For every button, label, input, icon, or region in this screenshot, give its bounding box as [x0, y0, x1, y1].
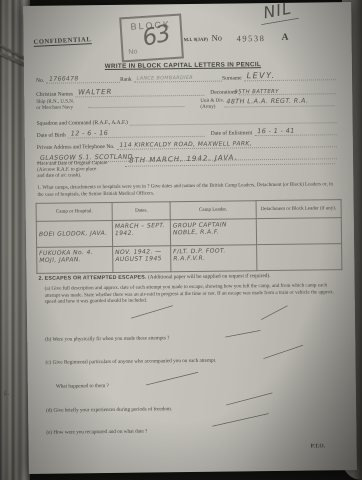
confidential-stamp: CONFIDENTIAL: [33, 36, 91, 47]
leader-2: F/LT. D.P. FOOT. R.A.F.V.R.: [173, 247, 226, 262]
date-of-birth-line: 12 - 6 - 16: [68, 127, 205, 139]
service-no-field: No. 1766478: [36, 73, 120, 84]
serial-suffix: A: [282, 33, 289, 43]
form-instruction: WRITE IN BLOCK CAPITAL LETTERS IN PENCIL: [24, 60, 342, 71]
question-2-title: ESCAPES OR ATTEMPTED ESCAPES.: [45, 275, 147, 282]
address-value-1: 114 KIRKCALDY ROAD, MAXWELL PARK,: [119, 140, 252, 149]
header-camp-or-hospital: Camp or Hospital.: [36, 202, 112, 221]
service-no-line: 1766478: [46, 73, 120, 84]
question-2c2-text: What happened to them ?: [56, 383, 109, 390]
surname-label: Surname: [222, 75, 244, 81]
christian-names-label: Christian Names: [36, 91, 75, 97]
nil-dash: [131, 305, 173, 319]
camp-table-row: FUKUOKA No. 4. MOJI, JAPAN. NOV. 1942. —…: [37, 244, 342, 274]
service-no-value: 1766478: [49, 75, 79, 82]
pto-label: P.T.O.: [311, 443, 326, 449]
camp-history-table: Camp or Hospital. Dates. Camp Leader. De…: [36, 199, 343, 274]
ship-line: [88, 106, 184, 108]
header-camp-leader: Camp Leader.: [170, 201, 256, 220]
christian-names-field: Christian Names WALTER: [36, 86, 204, 98]
question-2-heading: 2. ESCAPES OR ATTEMPTED ESCAPES. (Additi…: [38, 273, 270, 282]
header-detachment-leader: Detachment or Block Leader (if any).: [256, 200, 342, 219]
rank-line: LANCE BOMBARDIER: [134, 72, 222, 83]
question-2e-text: (e) How were you recaptured and on what …: [46, 429, 147, 436]
block-number-stamp: BLOCK No 63: [119, 14, 184, 63]
surname-value: LEVY.: [247, 71, 276, 80]
nil-dash: [212, 413, 269, 427]
dates-1: MARCH – SEPT. 1942.: [115, 222, 166, 237]
rank-label: Rank: [120, 77, 134, 83]
question-2d-text: (d) Give briefly your experiences during…: [46, 406, 172, 414]
question-2-number: 2.: [38, 276, 43, 282]
nil-dash: [261, 305, 288, 320]
header-dates: Dates.: [112, 202, 170, 221]
date-of-birth-field: Date of Birth 12 - 6 - 16: [37, 127, 205, 139]
edge-scribble: L.: [4, 390, 10, 397]
squadron-line: [130, 113, 337, 126]
form-reference: M.I. 9(JAP): [184, 38, 208, 43]
block-number-value: 63: [140, 20, 172, 51]
serial-number: 49538: [237, 33, 266, 43]
camp-1: BOEI GLODOK, JAVA.: [39, 230, 108, 239]
unit-line: [224, 105, 334, 107]
service-no-label: No.: [36, 78, 46, 84]
dates-2: NOV. 1942. — AUGUST 1945: [115, 248, 162, 263]
christian-names-value: WALTER: [78, 88, 112, 96]
nil-dash: [263, 345, 303, 359]
unit-value-battery: 95TH BATTERY: [234, 89, 279, 96]
leader-1: GROUP CAPTAIN NOBLE, R.A.F.: [173, 221, 227, 237]
date-of-enlistment-label: Date of Enlistment: [211, 130, 255, 137]
date-of-enlistment-line: 16 - 1 - 41: [254, 125, 337, 136]
address-label: Private Address and Telephone No.: [37, 144, 117, 151]
question-1-text: 1. What camps, detachments or hospitals …: [37, 181, 339, 198]
block-stamp-no-label: No: [128, 48, 137, 56]
capture-label: Place and Date of Original Capture (Airc…: [37, 161, 127, 180]
address-line-1: 114 KIRKCALDY ROAD, MAXWELL PARK,: [116, 137, 337, 150]
nil-dash: [226, 392, 273, 405]
question-2b-text: (b) Were you physically fit when you mad…: [45, 335, 169, 343]
nil-dash: [146, 372, 199, 386]
date-of-enlistment-value: 16 - 1 - 41: [257, 127, 295, 135]
date-of-birth-value: 12 - 6 - 16: [71, 129, 109, 137]
surname-field: Surname LEVY.: [222, 70, 336, 81]
date-of-birth-label: Date of Birth: [37, 132, 68, 138]
field-row-identity: No. 1766478 Rank LANCE BOMBARDIER Surnam…: [36, 70, 336, 84]
squadron-label: Squadron and Command (R.A.F., A.A.F.): [37, 120, 130, 127]
surname-line: LEVY.: [244, 70, 337, 81]
question-2c-text: (c) Give Regimental particulars of anyon…: [45, 358, 216, 366]
date-of-enlistment-field: Date of Enlistment 16 - 1 - 41: [211, 125, 337, 137]
unit-value-regiment: 48TH L.A.A. REGT. R.A.: [226, 97, 308, 106]
camp-table-row: BOEI GLODOK, JAVA. MARCH – SEPT. 1942. G…: [36, 218, 341, 248]
question-2-note: (Additional paper will be supplied on re…: [148, 273, 271, 280]
ship-label: Ship (R.N., U.S.N. or Merchant Navy: [36, 99, 74, 111]
serial-no-label: No: [211, 33, 222, 43]
nil-dash: [225, 330, 261, 338]
camp-2: FUKUOKA No. 4. MOJI, JAPAN.: [39, 249, 93, 265]
unit-label: Unit & Div. (Army): [200, 99, 224, 111]
rank-field: Rank LANCE BOMBARDIER: [120, 72, 222, 83]
christian-names-line: WALTER: [75, 86, 204, 98]
form-page: CONFIDENTIAL BLOCK No 63 M.I. 9(JAP) No …: [23, 2, 357, 474]
rank-value: LANCE BOMBARDIER: [137, 76, 193, 82]
question-2a-text: (a) Give full description and approx. da…: [45, 282, 341, 306]
